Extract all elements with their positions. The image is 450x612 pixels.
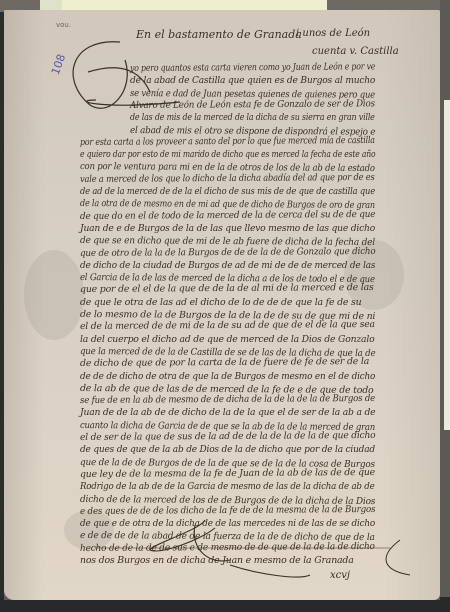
manuscript-line: Rodrigo de la ab de de la Garcia de mesm… [80, 481, 351, 492]
manuscript-line: Juan de e de Burgos de la de las que lle… [80, 223, 367, 234]
manuscript-line: la del cuerpo el dicho ad de que de merc… [80, 334, 371, 345]
manuscript-line: el de la merced de de mi de la de su ad … [80, 319, 370, 332]
manuscript-line: e quiero dar por esto de mi marido de di… [80, 149, 319, 160]
manuscript-line: vale a merced de los que lo dicho de la … [80, 172, 341, 185]
manuscript-line: por esta carta a los proveer a santo del… [80, 135, 328, 148]
manuscript-line: de ad de la merced de de la el dicho de … [80, 186, 342, 197]
manuscript-line: que por de el el de la que de de la de a… [80, 282, 375, 295]
manuscript-line: Alvaro de León de León esta fe de Gonzal… [130, 98, 358, 111]
manuscript-line: e des ques de de de los dicho de la fe d… [80, 504, 354, 517]
manuscript-line: hecho de de la de de sus e de mesmo de d… [80, 541, 362, 554]
manuscript-line: de que e de otra de la dicha de de las m… [80, 518, 358, 529]
manuscript-line: Juan de de la ab de de dicho de la de la… [80, 407, 369, 418]
manuscript-line: el de ser de la que de sus de la ad de d… [80, 430, 366, 443]
manuscript-line: nos dos Burgos en de dicha de Juan e mes… [80, 555, 375, 566]
manuscript-line: de dicho de la ciudad de Burgos de ad de… [80, 260, 360, 271]
manuscript-line: de que do en el de todo de la merced de … [80, 209, 358, 222]
manuscript-line: que de otro de la la de la Burgos de de … [80, 246, 355, 259]
manuscript-body: yo pero quantos esta carta vieren como y… [0, 0, 450, 612]
manuscript-line: de las de mis de la merced de la dicha d… [130, 112, 336, 123]
manuscript-line: yo pero quantos esta carta vieren como y… [130, 62, 333, 74]
manuscript-line: de que le otra de las ad el dicho de lo … [80, 297, 375, 308]
manuscript-line: de la abad de Castilla que quien es de B… [130, 75, 367, 86]
manuscript-line: se fue de en la ab de mesmo de de dicha … [80, 393, 349, 406]
manuscript-line: que ley de de la mesma de la fe de Juan … [80, 467, 373, 480]
manuscript-line: de dicho de que de por la carta de la de… [80, 356, 375, 369]
manuscript-line: de ques de que de la ab de Dios de la de… [80, 444, 363, 455]
manuscript-line: de de de dicho de otra de que la de Burg… [80, 371, 359, 382]
page-number: xcvj [330, 570, 350, 581]
